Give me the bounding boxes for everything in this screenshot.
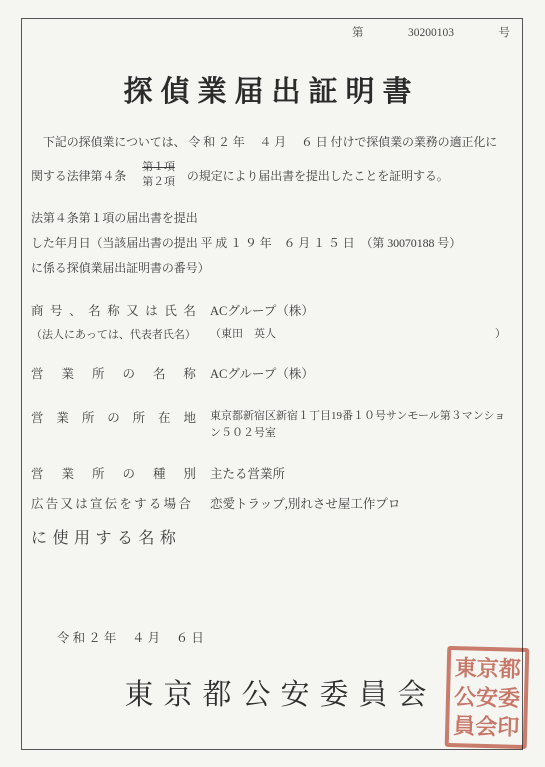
field-office-type-label: 営業所の種別 xyxy=(31,464,196,482)
notification-line1: 法第４条第１項の届出書を提出 xyxy=(31,206,512,231)
field-trade-name-labels: 商号、名称又は氏名 （法人にあっては、代表者氏名） xyxy=(31,301,196,342)
field-advertising-name-label-line1: 広告又は宣伝をする場合 xyxy=(31,494,191,512)
notification-line2: した年月日（当該届出書の提出 平 成 １ ９ 年 ６ 月 １ ５ 日 （第 30… xyxy=(31,231,512,256)
document-number-value: 30200103 xyxy=(408,27,454,39)
document-number-suffix: 号 xyxy=(499,24,511,40)
issuer-name: 東京都公安委員会 xyxy=(49,672,512,713)
intro-line2-pre: 関する法律第４条 xyxy=(31,167,126,184)
intro-paragraph: 下記の探偵業については、 令 和 ２ 年 ４ 月 ６ 日 付けで探偵業の業務の適… xyxy=(31,132,512,190)
intro-line2: 関する法律第４条 第１項 第２項 の規定により届出書を提出したことを証明する。 xyxy=(31,160,512,190)
field-office-address-label: 営業所の所在地 xyxy=(31,408,196,442)
scanned-certificate-page: 第 30200103 号 探偵業届出証明書 下記の探偵業については、 令 和 ２… xyxy=(0,0,545,767)
seal-row-3: 員会印 xyxy=(453,715,520,739)
field-advertising-name-value: 恋愛トラップ,別れさせ屋工作プロ xyxy=(210,494,512,512)
field-office-name-label: 営業所の名称 xyxy=(31,364,196,382)
notification-paragraph: 法第４条第１項の届出書を提出 した年月日（当該届出書の提出 平 成 １ ９ 年 … xyxy=(31,206,512,281)
field-office-address: 営業所の所在地 東京都新宿区新宿１丁目19番１０号サンモール第３マンション５０２… xyxy=(31,408,512,442)
field-trade-name-value: ACグループ（株） xyxy=(210,301,512,319)
certificate-frame: 第 30200103 号 探偵業届出証明書 下記の探偵業については、 令 和 ２… xyxy=(21,18,523,750)
clause-options: 第１項 第２項 xyxy=(142,160,175,190)
field-office-name: 営業所の名称 ACグループ（株） xyxy=(31,364,512,382)
field-advertising-name-label-line2: に使用する名称 xyxy=(31,525,176,548)
field-trade-name-values: ACグループ（株） （東田 英人 ） xyxy=(210,301,512,342)
field-trade-name: 商号、名称又は氏名 （法人にあっては、代表者氏名） ACグループ（株） （東田 … xyxy=(31,301,512,342)
seal-row-2: 公安委 xyxy=(454,686,521,710)
representative-name-value: （東田 英人 xyxy=(210,325,276,341)
field-office-name-value: ACグループ（株） xyxy=(210,364,512,382)
clause-option-active: 第２項 xyxy=(142,175,175,190)
certificate-title: 探偵業届出証明書 xyxy=(31,69,512,110)
closing-paren: ） xyxy=(495,325,506,341)
official-seal: 東京都 公安委 員会印 xyxy=(445,646,530,749)
representative-name-row: （東田 英人 ） xyxy=(210,325,512,341)
document-number-prefix: 第 xyxy=(352,24,364,40)
document-number: 第 30200103 号 xyxy=(352,24,510,40)
field-trade-name-label: 商号、名称又は氏名 xyxy=(31,301,196,319)
field-advertising-name: 広告又は宣伝をする場合 恋愛トラップ,別れさせ屋工作プロ xyxy=(31,494,512,512)
intro-line1: 下記の探偵業については、 令 和 ２ 年 ４ 月 ６ 日 付けで探偵業の業務の適… xyxy=(31,132,512,152)
issue-date: 令 和 ２ 年 ４ 月 ６ 日 xyxy=(57,628,512,646)
clause-option-struck: 第１項 xyxy=(142,160,175,175)
field-office-type-value: 主たる営業所 xyxy=(210,464,512,482)
field-office-type: 営業所の種別 主たる営業所 xyxy=(31,464,512,482)
intro-line2-post: の規定により届出書を提出したことを証明する。 xyxy=(187,167,449,184)
field-representative-label: （法人にあっては、代表者氏名） xyxy=(31,326,196,342)
field-office-address-value: 東京都新宿区新宿１丁目19番１０号サンモール第３マンション５０２号室 xyxy=(210,408,512,442)
notification-line3: に係る探偵業届出証明書の番号） xyxy=(31,256,512,281)
seal-row-1: 東京都 xyxy=(454,657,521,681)
